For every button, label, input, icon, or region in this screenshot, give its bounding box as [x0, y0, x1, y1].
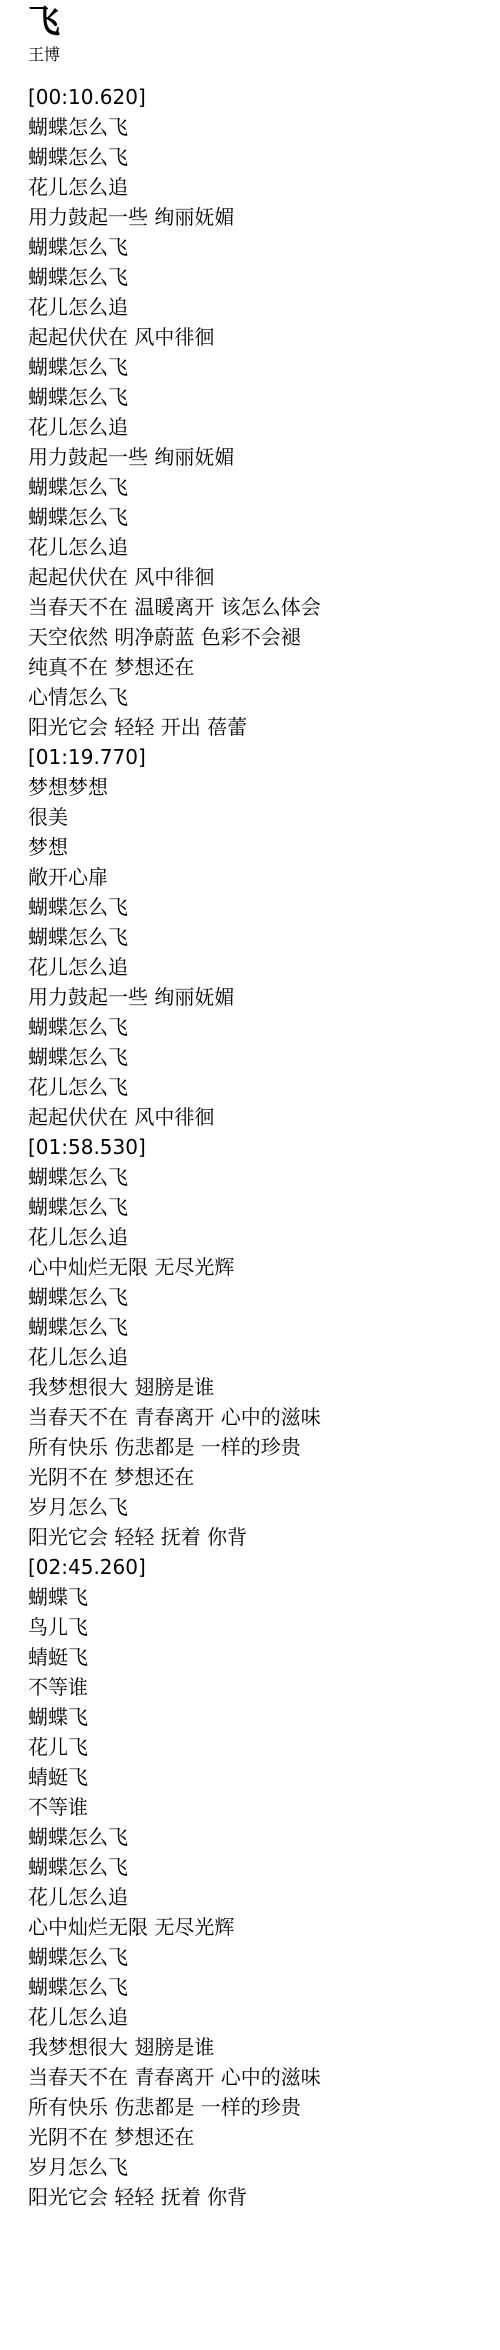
lyric-line: 花儿怎么追 — [28, 1222, 480, 1252]
lyric-line: 花儿怎么追 — [28, 1342, 480, 1372]
lyric-line: 当春天不在 青春离开 心中的滋味 — [28, 2062, 480, 2092]
lyric-line: 心中灿烂无限 无尽光辉 — [28, 1252, 480, 1282]
lyric-line: 蝴蝶怎么飞 — [28, 1042, 480, 1072]
lyric-line: 不等谁 — [28, 1792, 480, 1822]
song-title: 飞 — [28, 2, 480, 40]
lyric-line: 蝴蝶怎么飞 — [28, 472, 480, 502]
lyric-line: 蝴蝶怎么飞 — [28, 112, 480, 142]
lyric-line: 蝴蝶飞 — [28, 1582, 480, 1612]
lyric-line: 起起伏伏在 风中徘徊 — [28, 1102, 480, 1132]
lyrics-block: [00:10.620]蝴蝶怎么飞蝴蝶怎么飞花儿怎么追用力鼓起一些 绚丽妩媚蝴蝶怎… — [28, 82, 480, 2212]
lyric-line: 阳光它会 轻轻 抚着 你背 — [28, 2182, 480, 2212]
lyric-line: 起起伏伏在 风中徘徊 — [28, 322, 480, 352]
lyric-line: 蝴蝶怎么飞 — [28, 262, 480, 292]
lyric-line: 很美 — [28, 802, 480, 832]
lyric-line: 蝴蝶怎么飞 — [28, 1282, 480, 1312]
lyric-line: 蝴蝶怎么飞 — [28, 1942, 480, 1972]
lyric-line: 阳光它会 轻轻 开出 蓓蕾 — [28, 712, 480, 742]
lyric-line: 蝴蝶怎么飞 — [28, 382, 480, 412]
lyric-line: 当春天不在 青春离开 心中的滋味 — [28, 1402, 480, 1432]
timestamp-line: [02:45.260] — [28, 1552, 480, 1582]
lyric-line: 岁月怎么飞 — [28, 2152, 480, 2182]
lyric-line: 花儿怎么追 — [28, 532, 480, 562]
timestamp-line: [00:10.620] — [28, 82, 480, 112]
lyric-line: 蜻蜓飞 — [28, 1642, 480, 1672]
lyric-line: 用力鼓起一些 绚丽妩媚 — [28, 442, 480, 472]
lyric-line: 心中灿烂无限 无尽光辉 — [28, 1912, 480, 1942]
lyric-line: 纯真不在 梦想还在 — [28, 652, 480, 682]
lyric-line: 阳光它会 轻轻 抚着 你背 — [28, 1522, 480, 1552]
lyric-line: 蝴蝶怎么飞 — [28, 232, 480, 262]
lyric-line: 用力鼓起一些 绚丽妩媚 — [28, 982, 480, 1012]
lyrics-page: 飞 王博 [00:10.620]蝴蝶怎么飞蝴蝶怎么飞花儿怎么追用力鼓起一些 绚丽… — [0, 0, 500, 2252]
lyric-line: 用力鼓起一些 绚丽妩媚 — [28, 202, 480, 232]
lyric-line: 蝴蝶怎么飞 — [28, 1162, 480, 1192]
lyric-line: 我梦想很大 翅膀是谁 — [28, 2032, 480, 2062]
lyric-line: 蝴蝶怎么飞 — [28, 1312, 480, 1342]
lyric-line: 花儿怎么追 — [28, 1882, 480, 1912]
lyric-line: 岁月怎么飞 — [28, 1492, 480, 1522]
lyric-line: 蝴蝶怎么飞 — [28, 922, 480, 952]
lyric-line: 蝴蝶怎么飞 — [28, 142, 480, 172]
lyric-line: 蝴蝶怎么飞 — [28, 1972, 480, 2002]
lyric-line: 花儿怎么追 — [28, 412, 480, 442]
lyric-line: 光阴不在 梦想还在 — [28, 2122, 480, 2152]
lyric-line: 蝴蝶怎么飞 — [28, 352, 480, 382]
lyric-line: 花儿怎么追 — [28, 2002, 480, 2032]
lyric-line: 心情怎么飞 — [28, 682, 480, 712]
lyric-line: 敞开心扉 — [28, 862, 480, 892]
lyric-line: 鸟儿飞 — [28, 1612, 480, 1642]
lyric-line: 当春天不在 温暖离开 该怎么体会 — [28, 592, 480, 622]
lyric-line: 花儿怎么追 — [28, 952, 480, 982]
timestamp-line: [01:19.770] — [28, 742, 480, 772]
lyric-line: 光阴不在 梦想还在 — [28, 1462, 480, 1492]
lyric-line: 蝴蝶怎么飞 — [28, 1822, 480, 1852]
lyric-line: 所有快乐 伤悲都是 一样的珍贵 — [28, 2092, 480, 2122]
artist-name: 王博 — [28, 40, 480, 70]
lyric-line: 所有快乐 伤悲都是 一样的珍贵 — [28, 1432, 480, 1462]
lyric-line: 花儿飞 — [28, 1732, 480, 1762]
lyric-line: 梦想 — [28, 832, 480, 862]
timestamp-line: [01:58.530] — [28, 1132, 480, 1162]
lyric-line: 花儿怎么飞 — [28, 1072, 480, 1102]
lyric-line: 不等谁 — [28, 1672, 480, 1702]
lyric-line: 天空依然 明净蔚蓝 色彩不会褪 — [28, 622, 480, 652]
lyric-line: 蝴蝶怎么飞 — [28, 1192, 480, 1222]
lyric-line: 蝴蝶飞 — [28, 1702, 480, 1732]
lyric-line: 蝴蝶怎么飞 — [28, 1012, 480, 1042]
lyric-line: 蜻蜓飞 — [28, 1762, 480, 1792]
lyric-line: 蝴蝶怎么飞 — [28, 1852, 480, 1882]
lyric-line: 梦想梦想 — [28, 772, 480, 802]
lyric-line: 蝴蝶怎么飞 — [28, 892, 480, 922]
lyric-line: 我梦想很大 翅膀是谁 — [28, 1372, 480, 1402]
lyric-line: 起起伏伏在 风中徘徊 — [28, 562, 480, 592]
lyric-line: 花儿怎么追 — [28, 292, 480, 322]
lyric-line: 蝴蝶怎么飞 — [28, 502, 480, 532]
lyric-line: 花儿怎么追 — [28, 172, 480, 202]
